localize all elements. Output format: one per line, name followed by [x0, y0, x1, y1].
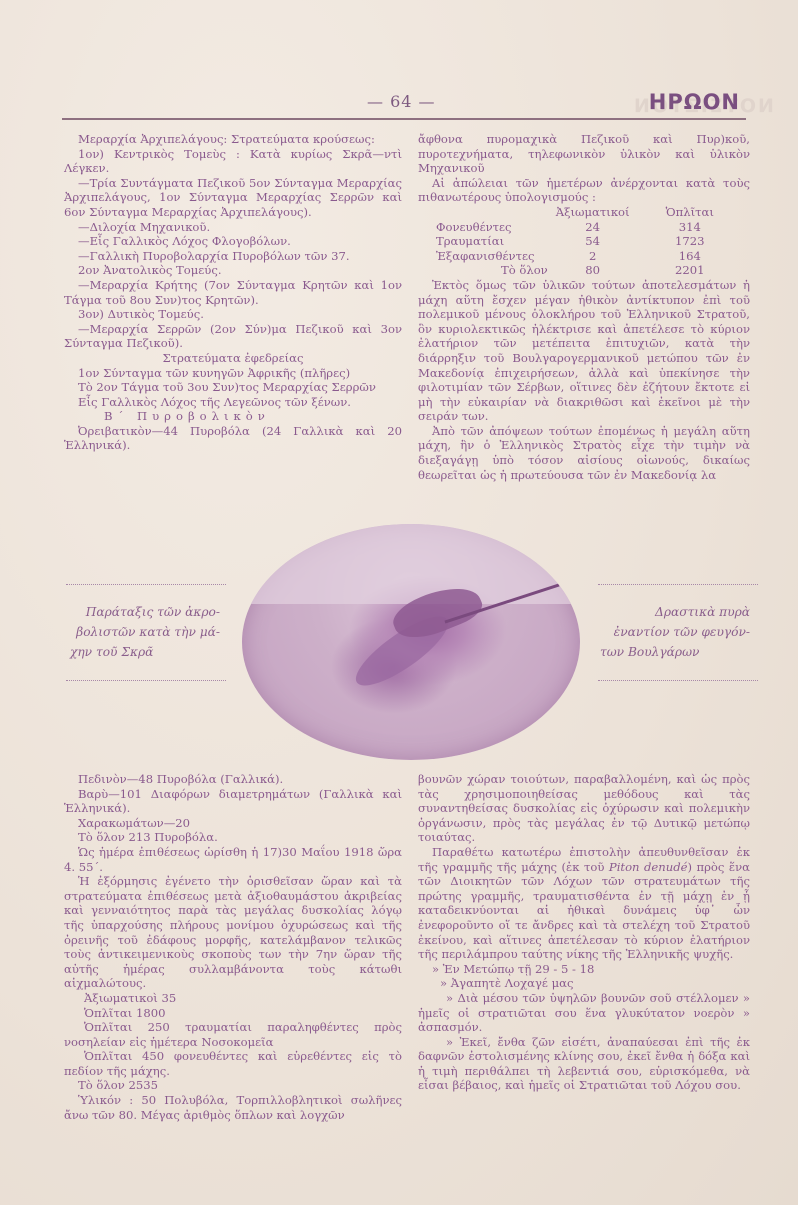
paragraph: —Διλοχία Μηχανικοῦ.	[64, 220, 402, 235]
paragraph: —Μεραρχία Κρήτης (7ον Σύνταγμα Κρητῶν κα…	[64, 278, 402, 307]
paragraph: Εἷς Γαλλικὸς Λόχος τῆς Λεγεῶνος τῶν ξένω…	[64, 395, 402, 410]
left-column-top: Μεραρχία Ἀρχιπελάγους: Στρατεύματα κρούσ…	[64, 132, 402, 453]
text-run: ) πρὸς ἕνα τῶν Διοικητῶν τῶν Λόχων τῶν σ…	[418, 860, 750, 962]
paragraph: Βαρὺ—101 Διαφόρων διαμετρημάτων (Γαλλικὰ…	[64, 787, 402, 816]
subheading-reserves: Στρατεύματα ἐφεδρείας	[64, 351, 402, 366]
caption-line: βολιστῶν κατὰ τὴν μά-	[70, 622, 220, 642]
table-row: Φονευθέντες 24 314	[418, 220, 750, 235]
paragraph: 2ον Ἀνατολικὸς Τομεύς.	[64, 263, 402, 278]
paragraph: Ὑλικόν : 50 Πολυβόλα, Τορπιλλοβλητικοὶ σ…	[64, 1093, 402, 1122]
page-number: — 64 —	[367, 92, 436, 111]
paragraph: Αἱ ἀπώλειαι τῶν ἡμετέρων ἀνέρχονται κατὰ…	[418, 176, 750, 205]
table-header	[418, 205, 556, 220]
subheading-artillery: Β΄ Πυροβολικὸν	[64, 409, 402, 424]
ornament-rule	[66, 584, 226, 589]
caption-line: των Βουλγάρων	[600, 642, 750, 662]
page-header: — 64 — ΝΟΤΣΙΖΤΟΝ ΗΡΩΟΝ	[62, 88, 746, 120]
caption-left: Παράταξις τῶν ἀκρο- βολιστῶν κατὰ τὴν μά…	[70, 602, 220, 662]
table-cell: 24	[556, 220, 630, 235]
caption-line: Δραστικὰ πυρὰ	[600, 602, 750, 622]
paragraph: 1ον Σύνταγμα τῶν κυνηγῶν Ἀφρικῆς (πλῆρες…	[64, 366, 402, 381]
paragraph: —Γαλλικὴ Πυροβολαρχία Πυροβόλων τῶν 37.	[64, 249, 402, 264]
ornament-rule	[598, 584, 758, 589]
paragraph: Ἀπὸ τῶν ἀπόψεων τούτων ἐπομένως ἡ μεγάλη…	[418, 424, 750, 482]
ornament-rule	[66, 680, 226, 685]
ornament-rule	[598, 680, 758, 685]
table-cell: 2	[556, 249, 630, 264]
paragraph: Χαρακωμάτων—20	[64, 816, 402, 831]
paragraph: 3ον) Δυτικὸς Τομεύς.	[64, 307, 402, 322]
table-cell: 80	[556, 263, 630, 278]
caption-line: Παράταξις τῶν ἀκρο-	[70, 602, 220, 622]
paragraph: Πεδινὸν—48 Πυροβόλα (Γαλλικά).	[64, 772, 402, 787]
paragraph: —Εἷς Γαλλικὸς Λόχος Φλογοβόλων.	[64, 234, 402, 249]
table-header-row: Ἀξιωματικοί Ὁπλῖται	[418, 205, 750, 220]
right-column-top: ἄφθονα πυρομαχικὰ Πεζικοῦ καὶ Πυρ)κοῦ, π…	[418, 132, 750, 482]
header-rule	[62, 118, 746, 120]
table-cell: Ἐξαφανισθέντες	[418, 249, 556, 264]
letter-intro: Παραθέτω κατωτέρω ἐπιστολὴν ἀπευθυνθεῖσα…	[418, 845, 750, 962]
paragraph: —Τρία Συντάγματα Πεζικοῦ 5ον Σύνταγμα Με…	[64, 176, 402, 220]
table-header: Ἀξιωματικοί	[556, 205, 630, 220]
table-cell: 314	[630, 220, 750, 235]
paragraph: Τὸ ὅλον 213 Πυροβόλα.	[64, 830, 402, 845]
paragraph: Ἡ ἐξόρμησις ἐγένετο τὴν ὁρισθεῖσαν ὥραν …	[64, 874, 402, 991]
paragraph: Ἐκτὸς ὅμως τῶν ὑλικῶν τούτων ἀποτελεσμάτ…	[418, 278, 750, 424]
letter-line: » Ἐν Μετώπῳ τῇ 29 - 5 - 18	[418, 962, 750, 977]
letter-line: » Ἐκεῖ, ἔνθα ζῶν εἰσέτι, ἀναπαύεσαι ἐπὶ …	[418, 1035, 750, 1093]
paragraph: Μεραρχία Ἀρχιπελάγους: Στρατεύματα κρούσ…	[64, 132, 402, 147]
letter-line: » Ἀγαπητὲ Λοχαγέ μας	[418, 976, 750, 991]
magazine-title: ΗΡΩΟΝ	[649, 90, 740, 114]
table-cell: Φονευθέντες	[418, 220, 556, 235]
table-total-row: Τὸ ὅλον 80 2201	[418, 263, 750, 278]
table-cell: 54	[556, 234, 630, 249]
left-column-bottom: Πεδινὸν—48 Πυροβόλα (Γαλλικά). Βαρὺ—101 …	[64, 772, 402, 1122]
place-name-italic: Piton denudé	[609, 860, 688, 874]
paragraph: Τὸ ὅλον 2535	[64, 1078, 402, 1093]
paragraph: Ὡς ἡμέρα ἐπιθέσεως ὡρίσθη ἡ 17)30 Μαΐου …	[64, 845, 402, 874]
losses-table: Ἀξιωματικοί Ὁπλῖται Φονευθέντες 24 314 Τ…	[418, 205, 750, 278]
table-row: Ἐξαφανισθέντες 2 164	[418, 249, 750, 264]
paragraph: Ὁπλῖται 1800	[64, 1006, 402, 1021]
caption-line: ἐναντίον τῶν φευγόν-	[600, 622, 750, 642]
table-row: Τραυματίαι 54 1723	[418, 234, 750, 249]
paragraph: —Μεραρχία Σερρῶν (2ον Σύν)μα Πεζικοῦ καὶ…	[64, 322, 402, 351]
table-cell: Τὸ ὅλον	[418, 263, 556, 278]
right-column-bottom: βουνῶν χώραν τοιούτων, παραβαλλομένη, κα…	[418, 772, 750, 1093]
caption-line: χην τοῦ Σκρᾶ	[70, 642, 220, 662]
paragraph: Ὁπλῖται 250 τραυματίαι παραληφθέντες πρὸ…	[64, 1020, 402, 1049]
paragraph: Ὁπλῖται 450 φονευθέντες καὶ εὑρεθέντες ε…	[64, 1049, 402, 1078]
table-cell: 164	[630, 249, 750, 264]
table-cell: Τραυματίαι	[418, 234, 556, 249]
caption-right: Δραστικὰ πυρὰ ἐναντίον τῶν φευγόν- των Β…	[600, 602, 750, 662]
table-cell: 2201	[630, 263, 750, 278]
paragraph: Ὀρειβατικὸν—44 Πυροβόλα (24 Γαλλικὰ καὶ …	[64, 424, 402, 453]
letter-line: » Διὰ μέσου τῶν ὑψηλῶν βουνῶν σοῦ στέλλο…	[418, 991, 750, 1035]
battle-photograph	[242, 524, 580, 760]
paragraph: ἄφθονα πυρομαχικὰ Πεζικοῦ καὶ Πυρ)κοῦ, π…	[418, 132, 750, 176]
table-header: Ὁπλῖται	[630, 205, 750, 220]
paragraph: 1ον) Κεντρικὸς Τομεὺς : Κατὰ κυρίως Σκρᾶ…	[64, 147, 402, 176]
paragraph: Τὸ 2ον Τάγμα τοῦ 3ου Συν)τος Μεραρχίας Σ…	[64, 380, 402, 395]
table-cell: 1723	[630, 234, 750, 249]
paragraph: βουνῶν χώραν τοιούτων, παραβαλλομένη, κα…	[418, 772, 750, 845]
paragraph: Ἀξιωματικοὶ 35	[64, 991, 402, 1006]
